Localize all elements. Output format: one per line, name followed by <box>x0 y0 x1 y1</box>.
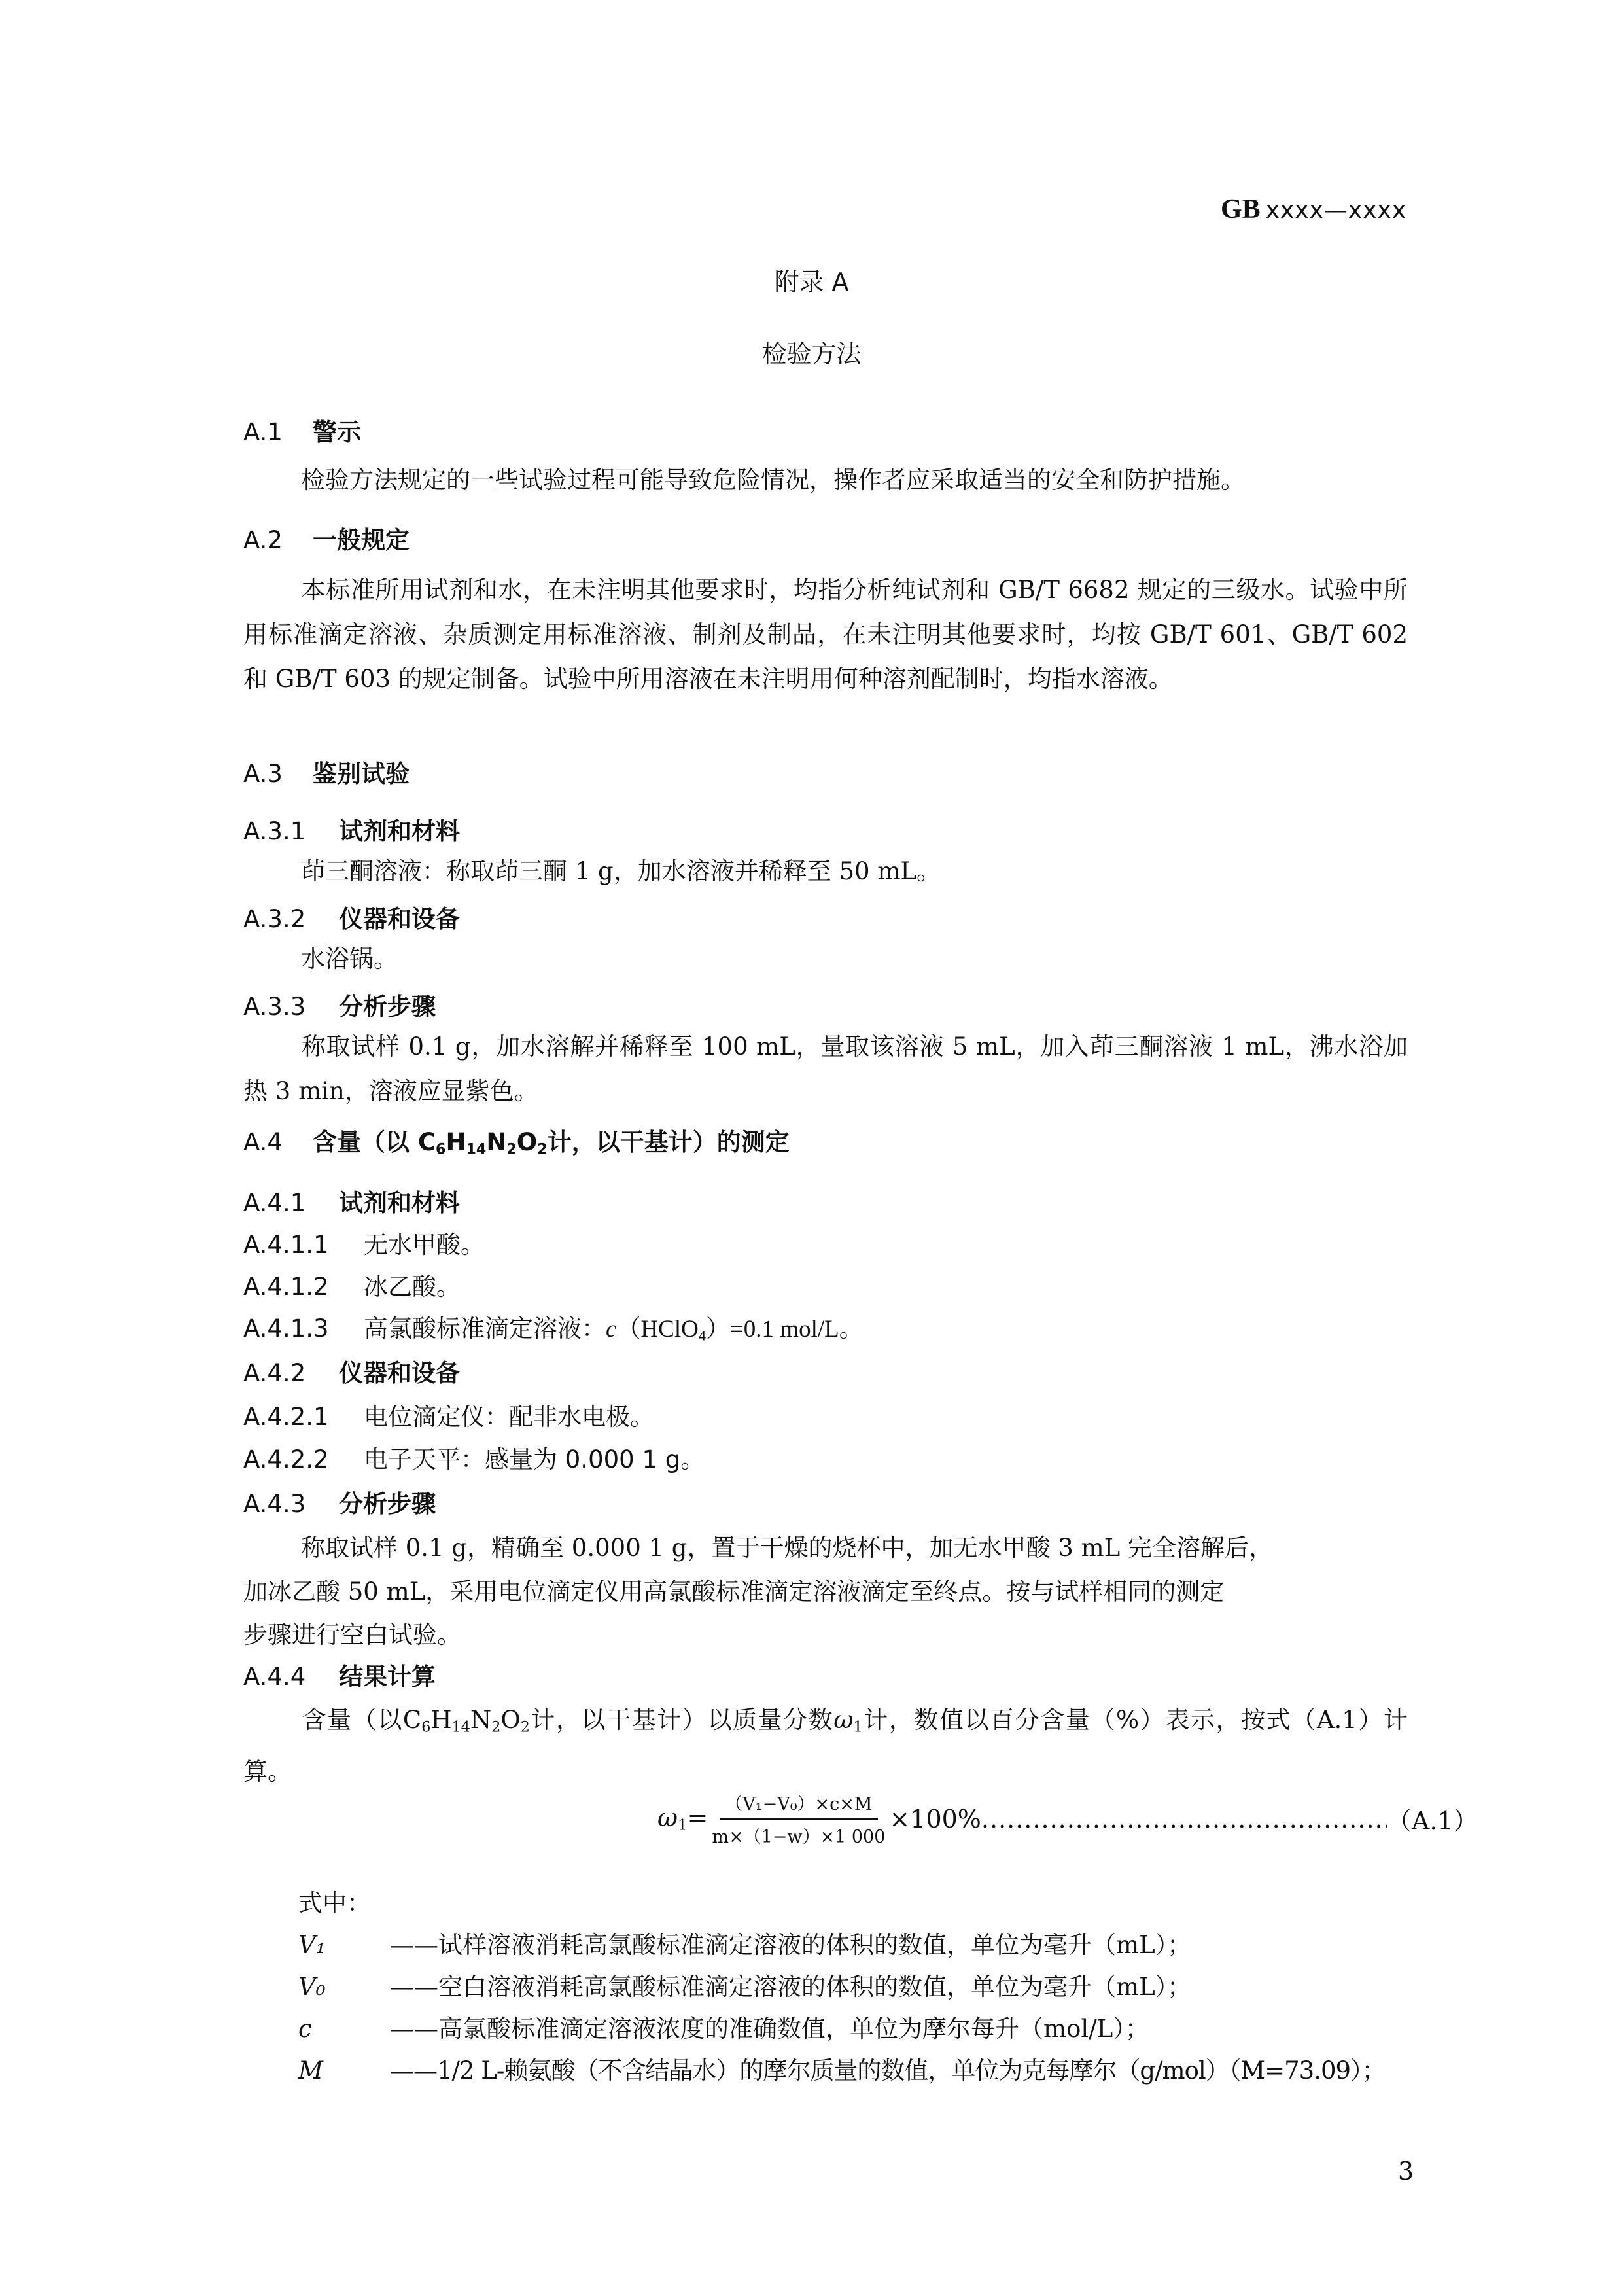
standard-prefix: GB <box>1221 194 1261 224</box>
formula-label: （A.1） <box>1387 1801 1478 1837</box>
heading-a4: A.4含量（以 C6H14N2O2计，以干基计）的测定 <box>243 1122 790 1158</box>
formula-fraction: （V₁−V₀）×c×M m×（1−w）×1 000 <box>712 1790 885 1848</box>
heading-a43: A.4.3分析步骤 <box>243 1484 436 1519</box>
paragraph-a43-line3: 步骤进行空白试验。 <box>243 1615 461 1650</box>
heading-a3: A.3鉴别试验 <box>243 754 410 789</box>
heading-a2: A.2一般规定 <box>243 520 410 556</box>
var-v1: V₁——试样溶液消耗高氯酸标准滴定溶液的体积的数值，单位为毫升（mL）； <box>298 1925 1191 1960</box>
standard-code: xxxx—xxxx <box>1266 197 1406 224</box>
heading-a32: A.3.2仪器和设备 <box>243 899 460 934</box>
paragraph-a43-line2: 加冰乙酸 50 mL，采用电位滴定仪用高氯酸标准滴定溶液滴定至终点。按与试样相同… <box>243 1572 1224 1607</box>
heading-a33: A.3.3分析步骤 <box>243 987 436 1022</box>
paragraph-a32: 水浴锅。 <box>243 937 1408 981</box>
item-a411: A.4.1.1无水甲酸。 <box>243 1225 485 1260</box>
var-c: c——高氯酸标准滴定溶液浓度的准确数值，单位为摩尔每升（mol/L）； <box>298 2009 1149 2044</box>
where-label: 式中： <box>298 1883 371 1918</box>
formula-numerator: （V₁−V₀）×c×M <box>720 1790 877 1820</box>
page-number: 3 <box>1398 2157 1414 2185</box>
heading-a44: A.4.4结果计算 <box>243 1657 436 1692</box>
paragraph-a43-line1: 称取试样 0.1 g，精确至 0.000 1 g，置于干燥的烧杯中，加无水甲酸 … <box>301 1528 1273 1563</box>
item-a413: A.4.1.3高氯酸标准滴定溶液：c（HClO4）=0.1 mol/L。 <box>243 1309 864 1345</box>
formula-denominator: m×（1−w）×1 000 <box>712 1820 885 1848</box>
paragraph-a44: 含量（以C6H14N2O2计，以干基计）以质量分数ω1计，数值以百分含量（%）表… <box>243 1698 1408 1794</box>
paragraph-a2: 本标准所用试剂和水，在未注明其他要求时，均指分析纯试剂和 GB/T 6682 规… <box>243 568 1408 701</box>
heading-a1: A.1警示 <box>243 412 361 448</box>
heading-a31: A.3.1试剂和材料 <box>243 811 460 847</box>
var-v0: V₀——空白溶液消耗高氯酸标准滴定溶液的体积的数值，单位为毫升（mL）； <box>298 1967 1191 2002</box>
heading-a42: A.4.2仪器和设备 <box>243 1353 460 1388</box>
paragraph-a1: 检验方法规定的一些试验过程可能导致危险情况，操作者应采取适当的安全和防护措施。 <box>243 458 1408 503</box>
item-a422: A.4.2.2电子天平：感量为 0.000 1 g。 <box>243 1439 705 1475</box>
appendix-label: 附录 A <box>0 262 1623 298</box>
appendix-title: 检验方法 <box>0 334 1623 370</box>
formula-factor: ×100% <box>889 1805 981 1833</box>
heading-a41: A.4.1试剂和材料 <box>243 1183 460 1218</box>
paragraph-a31: 茚三酮溶液：称取茚三酮 1 g，加水溶液并稀释至 50 mL。 <box>243 849 1408 894</box>
item-a412: A.4.1.2冰乙酸。 <box>243 1267 461 1302</box>
formula-a1: ω1= （V₁−V₀）×c×M m×（1−w）×1 000 ×100% ....… <box>657 1790 1478 1848</box>
formula-lhs: ω1= <box>657 1803 708 1834</box>
paragraph-a33: 称取试样 0.1 g，加水溶解并稀释至 100 mL，量取该溶液 5 mL，加入… <box>243 1025 1408 1114</box>
var-m: M——1/2 L-赖氨酸（不含结晶水）的摩尔质量的数值，单位为克每摩尔（g/mo… <box>298 2051 1386 2086</box>
item-a421: A.4.2.1电位滴定仪：配非水电极。 <box>243 1397 654 1432</box>
formula-leader-dots: ........................................… <box>981 1805 1387 1833</box>
standard-number: GBxxxx—xxxx <box>1221 194 1406 225</box>
